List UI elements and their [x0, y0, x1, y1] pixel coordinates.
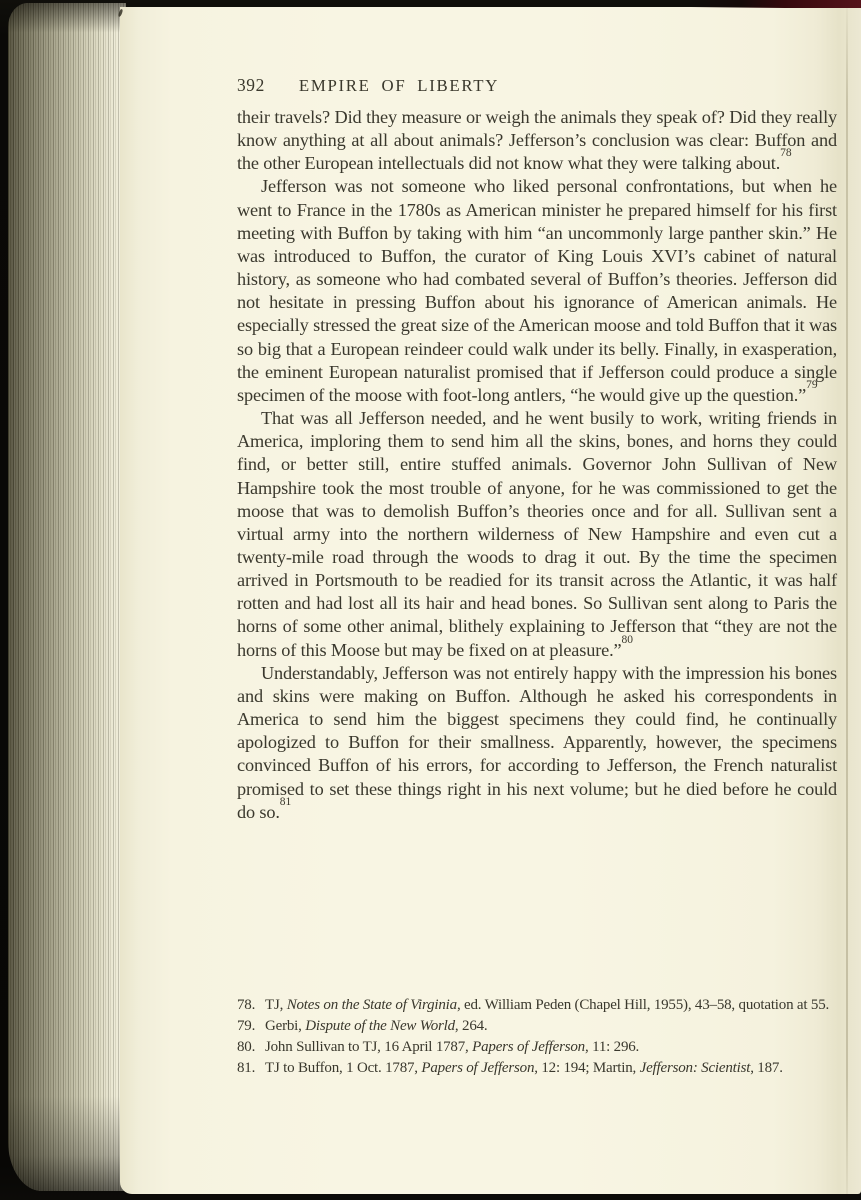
paragraph: Jefferson was not someone who liked pers…	[237, 175, 837, 407]
page-number: 392	[237, 75, 265, 95]
footnote-number: 78.	[237, 995, 265, 1016]
footnote-text: John Sullivan to TJ, 16 April 1787, Pape…	[265, 1037, 838, 1058]
paragraph: their travels? Did they measure or weigh…	[237, 106, 837, 175]
paragraph: That was all Jefferson needed, and he we…	[237, 407, 837, 662]
footnote-ref: 79	[806, 379, 818, 391]
footnote-text: TJ to Buffon, 1 Oct. 1787, Papers of Jef…	[265, 1058, 838, 1079]
book-scan: 392EMPIRE OF LIBERTY their travels? Did …	[0, 0, 861, 1200]
footnote-ref: 80	[622, 634, 634, 646]
footnotes: 78.TJ, Notes on the State of Virginia, e…	[237, 995, 838, 1079]
running-head: EMPIRE OF LIBERTY	[299, 76, 499, 95]
footnote: 78.TJ, Notes on the State of Virginia, e…	[237, 995, 838, 1016]
paragraph: Understandably, Jefferson was not entire…	[237, 662, 837, 824]
footnote: 80.John Sullivan to TJ, 16 April 1787, P…	[237, 1037, 838, 1058]
footnote: 79.Gerbi, Dispute of the New World, 264.	[237, 1016, 838, 1037]
paragraph-text: Understandably, Jefferson was not entire…	[237, 663, 837, 822]
paragraph-text: their travels? Did they measure or weigh…	[237, 107, 837, 173]
footnote-number: 80.	[237, 1037, 265, 1058]
book-page: 392EMPIRE OF LIBERTY their travels? Did …	[120, 7, 861, 1194]
page-header: 392EMPIRE OF LIBERTY	[237, 75, 499, 96]
body-text: their travels? Did they measure or weigh…	[237, 106, 837, 824]
footnote-number: 81.	[237, 1058, 265, 1079]
footnote-number: 79.	[237, 1016, 265, 1037]
book-cover-accent	[691, 0, 861, 8]
paragraph-text: That was all Jefferson needed, and he we…	[237, 408, 837, 660]
footnote-text: TJ, Notes on the State of Virginia, ed. …	[265, 995, 838, 1016]
footnote-ref: 78	[780, 147, 792, 159]
footnote: 81.TJ to Buffon, 1 Oct. 1787, Papers of …	[237, 1058, 838, 1079]
paragraph-text: Jefferson was not someone who liked pers…	[237, 176, 837, 404]
footnote-ref: 81	[280, 796, 292, 808]
footnote-text: Gerbi, Dispute of the New World, 264.	[265, 1016, 838, 1037]
book-page-edges	[8, 3, 126, 1191]
